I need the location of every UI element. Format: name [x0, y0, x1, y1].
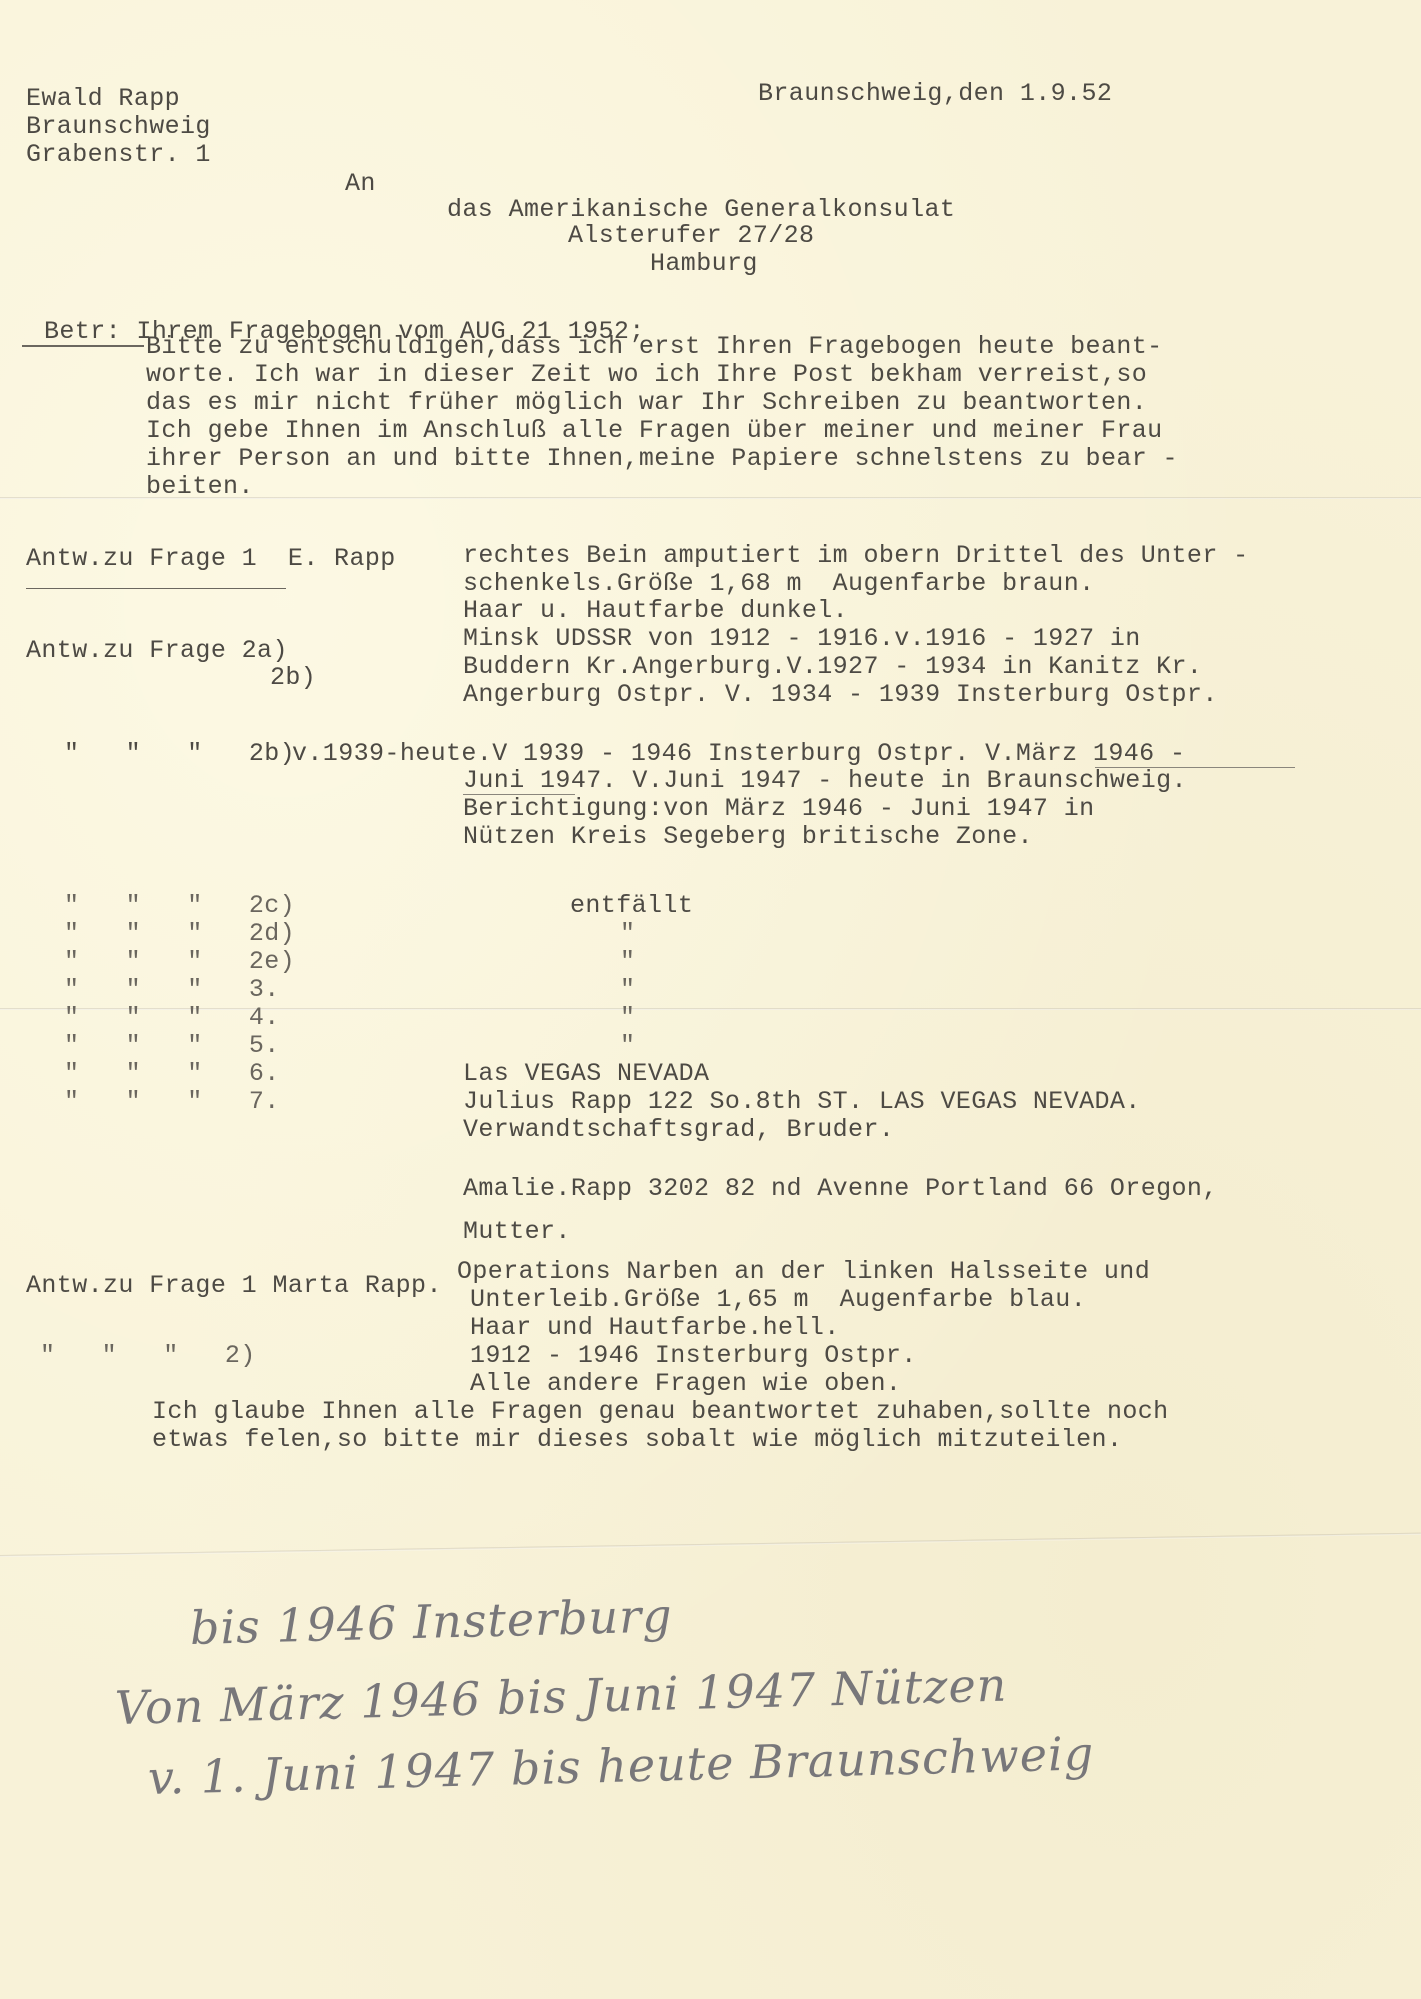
answer-line: rechtes Bein amputiert im obern Drittel … — [463, 542, 1249, 570]
ditto-mark: " — [620, 920, 635, 948]
intro-line: ihrer Person an und bitte Ihnen,meine Pa… — [146, 445, 1178, 473]
mother-address-line: Amalie.Rapp 3202 82 nd Avenne Portland 6… — [463, 1175, 1218, 1203]
answer-label: " " " 2d) — [64, 920, 295, 948]
answer-line: Operations Narben an der linken Halsseit… — [457, 1258, 1150, 1286]
recipient-line-2: Alsterufer 27/28 — [568, 222, 814, 250]
answer-label: " " " 6. — [64, 1060, 280, 1088]
answer-line: Berichtigung:von März 1946 - Juni 1947 i… — [463, 795, 1095, 823]
intro-line: Ich gebe Ihnen im Anschluß alle Fragen ü… — [146, 417, 1163, 445]
answer-line: 1912 - 1946 Insterburg Ostpr. — [470, 1342, 917, 1370]
answer-label: " " " 2e) — [64, 948, 295, 976]
answer-label: " " " 4. — [64, 1004, 280, 1032]
ditto-mark: " — [620, 1004, 635, 1032]
ditto-mark: " — [620, 948, 635, 976]
answer-label: " " " 2b) — [64, 740, 295, 768]
place-date: Braunschweig,den 1.9.52 — [758, 80, 1112, 108]
answer-line: Alle andere Fragen wie oben. — [470, 1370, 901, 1398]
recipient-line-3: Hamburg — [650, 250, 758, 278]
answer-label: " " " 2c) — [64, 892, 295, 920]
intro-line: beiten. — [146, 473, 254, 501]
answer-value: Las VEGAS NEVADA — [463, 1060, 709, 1088]
ditto-mark: " — [620, 1032, 635, 1060]
answer-line: Haar und Hautfarbe.hell. — [470, 1314, 840, 1342]
answer-label: " " " 3. — [64, 976, 280, 1004]
answer-line: Buddern Kr.Angerburg.V.1927 - 1934 in Ka… — [463, 653, 1202, 681]
answer-line: Angerburg Ostpr. V. 1934 - 1939 Insterbu… — [463, 681, 1218, 709]
mother-relation-line: Mutter. — [463, 1218, 571, 1246]
intro-line: Bitte zu entschuldigen,dass ich erst Ihr… — [146, 333, 1163, 361]
sender-name: Ewald Rapp — [26, 85, 180, 113]
recipient-line-1: das Amerikanische Generalkonsulat — [447, 196, 955, 224]
label-underline — [26, 588, 286, 589]
sender-city: Braunschweig — [26, 113, 211, 141]
answer-label: Antw.zu Frage 2a) — [26, 637, 288, 665]
answer-label: " " " 2) — [40, 1342, 256, 1370]
answer-line: v.1939-heute.V 1939 - 1946 Insterburg Os… — [292, 740, 1185, 768]
answer-label: Antw.zu Frage 1 E. Rapp — [26, 545, 396, 573]
answer-line: schenkels.Größe 1,68 m Augenfarbe braun. — [463, 570, 1095, 598]
answer-label: " " " 5. — [64, 1032, 280, 1060]
relation-line: Verwandtschaftsgrad, Bruder. — [463, 1116, 894, 1144]
intro-line: worte. Ich war in dieser Zeit wo ich Ihr… — [146, 361, 1147, 389]
closing-line: etwas felen,so bitte mir dieses sobalt w… — [152, 1426, 1122, 1454]
answer-line: Haar u. Hautfarbe dunkel. — [463, 597, 848, 625]
ditto-mark: " — [620, 976, 635, 1004]
answer-value: Julius Rapp 122 So.8th ST. LAS VEGAS NEV… — [463, 1088, 1141, 1116]
answer-line: Unterleib.Größe 1,65 m Augenfarbe blau. — [470, 1286, 1086, 1314]
answer-label: " " " 7. — [64, 1088, 280, 1116]
subject-dash-rule — [22, 345, 144, 347]
answer-line: Nützen Kreis Segeberg britische Zone. — [463, 823, 1033, 851]
answer-line: Juni 1947. V.Juni 1947 - heute in Brauns… — [463, 767, 1187, 795]
sender-street: Grabenstr. 1 — [26, 141, 211, 169]
handwritten-underline — [1095, 767, 1295, 768]
closing-line: Ich glaube Ihnen alle Fragen genau beant… — [152, 1398, 1169, 1426]
answer-value: entfällt — [570, 892, 693, 920]
intro-line: das es mir nicht früher möglich war Ihr … — [146, 389, 1147, 417]
answer-line: Minsk UDSSR von 1912 - 1916.v.1916 - 192… — [463, 625, 1141, 653]
answer-label: 2b) — [270, 664, 316, 692]
answer-label: Antw.zu Frage 1 Marta Rapp. — [26, 1272, 442, 1300]
to-label: An — [345, 170, 376, 198]
